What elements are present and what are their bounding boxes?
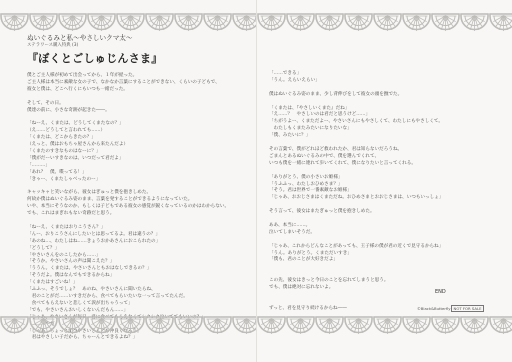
lace-scallop [174, 12, 203, 38]
copyright: ©Black&Butterfly [417, 306, 451, 311]
lace-scallop [460, 12, 489, 38]
lace-scallop [431, 12, 460, 38]
lace-scallop [402, 12, 431, 38]
lace-scallop [315, 12, 344, 38]
lace-scallop [460, 315, 489, 341]
lace-scallop [315, 315, 344, 341]
lace-scallop [203, 12, 232, 38]
lace-scallop [489, 315, 512, 341]
subtitle: ぬいぐるみと私〜やさしいクマ太〜 [27, 32, 133, 42]
lace-scallop [232, 315, 256, 341]
lace-scallop [0, 12, 29, 38]
lace-scallop [58, 315, 87, 341]
lace-scallop [145, 315, 174, 341]
lace-scallop [344, 315, 373, 341]
right-body-text: 「……できる」 「うん。えらいえらい」 僕はぬいぐるみ姿のまま、少し背伸びをして… [269, 71, 443, 313]
lace-scallop [29, 315, 58, 341]
lace-scallop [0, 315, 29, 341]
lace-scallop [145, 12, 174, 38]
lace-scallop [489, 12, 512, 38]
lace-scallop [232, 12, 256, 38]
not-for-sale-badge: NOT FOR SALE [451, 305, 484, 312]
lace-scallop [174, 315, 203, 341]
lace-scallop [203, 315, 232, 341]
lace-scallop [257, 315, 286, 341]
left-page: ぬいぐるみと私〜やさしいクマ太〜 ステラワース購入特典 (3) 『ぼくとごしゅじ… [0, 0, 257, 362]
series-label: ステラワース購入特典 (3) [27, 42, 78, 48]
lace-scallop [402, 315, 431, 341]
lace-scallop [431, 315, 460, 341]
left-body-text: 僕とご主人様が初めて出会ってから、１年が経った。 ご主人様は本当に素敵な女の子で… [27, 73, 229, 342]
right-page: 「……できる」 「うん。えらいえらい」 僕はぬいぐるみ姿のまま、少し背伸びをして… [257, 0, 512, 362]
lace-scallop [257, 12, 286, 38]
lace-scallop [286, 315, 315, 341]
lace-scallop [87, 315, 116, 341]
lace-border-bottom-right [257, 315, 512, 341]
lace-scallop [116, 315, 145, 341]
lace-scallop [344, 12, 373, 38]
lace-border-top-right [257, 12, 512, 38]
lace-scallop [373, 315, 402, 341]
story-title: 『ぼくとごしゅじんさま』 [27, 50, 163, 66]
lace-border-bottom-left [0, 315, 256, 341]
lace-scallop [286, 12, 315, 38]
lace-scallop [373, 12, 402, 38]
end-mark: END [435, 289, 446, 295]
